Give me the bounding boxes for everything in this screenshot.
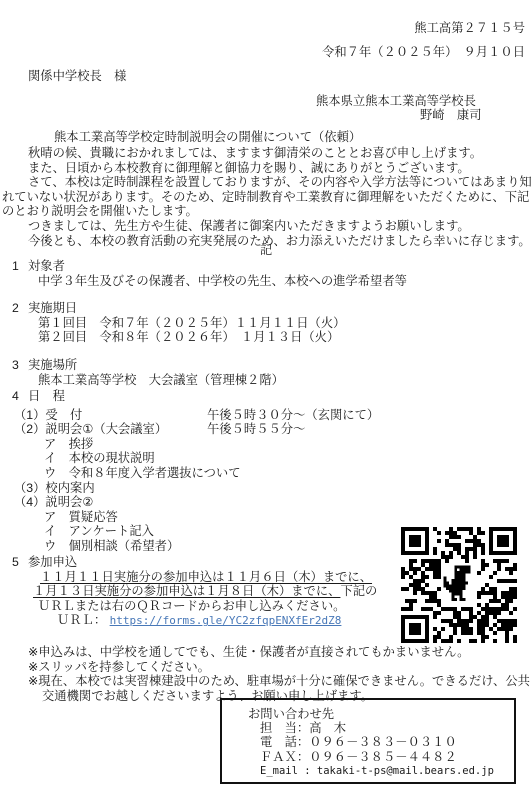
schedule-sub-item: ウ 令和８年度入学者選抜について [0,466,532,481]
sender-title: 熊本県立熊本工業高等学校長 [316,94,476,109]
schedule-item-time: 午後５時５５分～ [207,422,305,437]
url-label: ＵＲＬ： [57,613,106,627]
session-1-date: 第１回目 令和７年（２０２５年）１１月１１日（火） [0,316,532,331]
section-target-audience: 1 対象者 中学３年生及びその保護者、中学校の先生、本校への進学希望者等 [0,259,532,288]
contact-phone: 電 話：０９６－３８３－０３１０ [222,735,514,749]
body-paragraph: のとおり説明会を開催いたします。 [2,204,530,219]
section-title: 実施場所 [28,358,77,373]
section-number: 2 [12,301,28,316]
note-slippers: ※スリッパを持参してください。 [0,660,532,675]
section-number: 1 [12,259,28,274]
schedule-sub-item: ア 質疑応答 [0,510,532,525]
section-heading: 3 実施場所 [0,358,532,373]
session-2-date: 第２回目 令和８年（２０２６年） １月１３日（火） [0,330,532,345]
section-number: 4 [12,389,28,404]
contact-staff: 担 当：高 木 [222,721,514,735]
section-title: 実施期日 [28,301,77,316]
schedule-sub-item: イ 本校の現状説明 [0,451,532,466]
schedule-item-label: （1）受 付 [14,408,207,423]
contact-email: E_mail : takaki-t-ps@mail.bears.ed.jp [222,764,514,778]
doc-number: 熊工高第２７１５号 [414,21,525,36]
body-paragraph: また、日頃から本校教育に御理解と御協力を賜り、誠にありがとうございます。 [2,161,530,176]
note-parking: ※現在、本校では実習棟建設中のため、駐車場が十分に確保できません。できるだけ、公… [0,674,532,689]
application-form-link[interactable]: https://forms.gle/YC2zfqpENXfEr2dZ8 [110,614,342,627]
schedule-item-briefing2: （4）説明会② [0,495,532,510]
addressee: 関係中学校長 様 [28,69,126,84]
section-title: 日 程 [28,389,65,404]
section-content: 熊本工業高等学校 大会議室（管理棟２階） [0,373,532,388]
section-number: 5 [12,555,28,570]
section-heading: 4 日 程 [0,389,532,404]
subject-line: 熊本工業高等学校定時制説明会の開催について（依頼） [54,130,361,145]
sender-name: 野崎 康司 [420,108,482,123]
contact-box: お問い合わせ先 担 当：高 木 電 話：０９６－３８３－０３１０ ＦＡＸ：０９６… [220,698,516,784]
body-paragraph: れていない状況があります。そのため、定時制教育や工業教育に御理解をいただくために… [2,190,530,205]
contact-fax: ＦＡＸ：０９６－３８５－４４８２ [222,750,514,764]
note-application: ※申込みは、中学校を通してでも、生徒・保護者が直接されてもかまいません。 [0,645,532,660]
body-paragraph: つきましては、先生方や生徒、保護者に御案内いただきますようお願いします。 [2,219,530,234]
body-text: 秋晴の候、貴職におかれましては、ますます御清栄のこととお喜び申し上げます。 また… [2,146,530,248]
document-page: 熊工高第２７１５号 令和７年（２０２５年） ９月１０日 関係中学校長 様 熊本県… [0,0,532,800]
application-deadline-2-rest: 下記の [340,584,377,598]
schedule-item-label: （2）説明会①（大会議室） [14,422,207,437]
section-title: 参加申込 [28,555,77,570]
section-heading: 2 実施期日 [0,301,532,316]
schedule-item-time: 午後５時３０分～（玄関にて） [207,408,379,423]
section-content: 中学３年生及びその保護者、中学校の先生、本校への進学希望者等 [0,274,532,289]
doc-date: 令和７年（２０２５年） ９月１０日 [322,45,525,60]
contact-heading: お問い合わせ先 [222,707,514,721]
schedule-sub-item: ア 挨拶 [0,437,532,452]
section-heading: 1 対象者 [0,259,532,274]
section-title: 対象者 [28,259,65,274]
section-dates: 2 実施期日 第１回目 令和７年（２０２５年）１１月１１日（火） 第２回目 令和… [0,301,532,345]
ki-marker: 記 [0,243,532,258]
body-paragraph: 秋晴の候、貴職におかれましては、ますます御清栄のこととお喜び申し上げます。 [2,146,530,161]
section-number: 3 [12,358,28,373]
qr-code [401,527,517,643]
section-location: 3 実施場所 熊本工業高等学校 大会議室（管理棟２階） [0,358,532,387]
schedule-item-reception: （1）受 付 午後５時３０分～（玄関にて） [0,408,532,423]
schedule-item-briefing1: （2）説明会①（大会議室） 午後５時５５分～ [0,422,532,437]
schedule-item-tour: （3）校内案内 [0,481,532,496]
application-deadline-2-underlined: １月１３日実施分の参加申込は１月８日（木）までに、 [33,584,340,598]
body-paragraph: さて、本校は定時制課程を設置しておりますが、その内容や入学方法等についてはあまり… [2,175,530,190]
notes-block: ※申込みは、中学校を通してでも、生徒・保護者が直接されてもかまいません。 ※スリ… [0,645,532,704]
